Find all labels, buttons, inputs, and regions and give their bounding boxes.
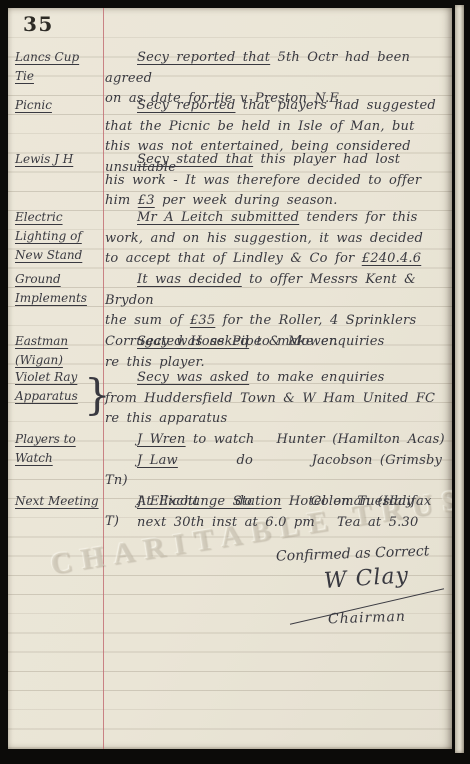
entry-line: At Exchange Station Hotel on Tuesday (105, 492, 450, 513)
minute-entry-eastman: Eastman (Wigan) Secy was asked to make e… (8, 332, 452, 373)
entry-body: At Exchange Station Hotel on Tuesday nex… (105, 492, 450, 533)
entry-body: Secy was asked to make enquiries re this… (105, 332, 450, 373)
ledger-page: 35 CHARITABLE TRUST CHARITABLE TRUST Lan… (8, 8, 452, 749)
entry-line: J Wren to watch Hunter (Hamilton Acas) (105, 430, 450, 451)
entry-line: J Law do Jacobson (Grimsby Tn) (105, 451, 450, 492)
entry-line: work, and on his suggestion, it was deci… (105, 229, 450, 250)
minute-entry-violet-ray: Violet Ray Apparatus } Secy was asked to… (8, 368, 452, 430)
page-number: 35 (23, 12, 54, 36)
entry-line: his work - It was therefore decided to o… (105, 171, 450, 192)
entry-body: Mr A Leitch submitted tenders for this w… (105, 208, 450, 270)
minute-entry-electric-lighting: Electric Lighting of New Stand Mr A Leit… (8, 208, 452, 270)
entry-line: Secy stated that this player had lost (105, 150, 450, 171)
confirmation-block: Confirmed as Correct W Clay Chairman (206, 546, 450, 646)
entry-line: from Huddersfield Town & W Ham United FC (105, 389, 450, 410)
entry-line: to accept that of Lindley & Co for £240.… (105, 249, 450, 270)
confirmation-text: Confirmed as Correct (276, 543, 430, 564)
entry-heading: Electric Lighting of New Stand (15, 208, 100, 265)
entry-heading: Eastman (Wigan) (15, 332, 100, 370)
chairman-label: Chairman (328, 609, 406, 628)
entry-body: Secy stated that this player had lost hi… (105, 150, 450, 212)
minute-entry-next-meeting: Next Meeting At Exchange Station Hotel o… (8, 492, 452, 533)
entry-heading: Ground Implements (15, 270, 100, 308)
entry-line: Secy was asked to make enquiries (105, 368, 450, 389)
entry-heading: Lewis J H (15, 150, 100, 169)
entry-line: Secy reported that 5th Octr had been agr… (105, 48, 450, 89)
next-page-edge (455, 5, 464, 753)
entry-line: re this apparatus (105, 409, 450, 430)
entry-line: next 30th inst at 6.0 pm Tea at 5.30 (105, 513, 450, 534)
entry-body: Secy was asked to make enquiries from Hu… (105, 368, 450, 430)
entry-heading: Next Meeting (15, 492, 100, 511)
entry-line: Secy reported that players had suggested (105, 96, 450, 117)
minute-entry-lewis-jh: Lewis J H Secy stated that this player h… (8, 150, 452, 212)
heading-brace: } (84, 374, 111, 416)
entry-heading: Picnic (15, 96, 100, 115)
entry-line: Secy was asked to make enquiries (105, 332, 450, 353)
entry-line: It was decided to offer Messrs Kent & Br… (105, 270, 450, 311)
entry-line: Mr A Leitch submitted tenders for this (105, 208, 450, 229)
entry-line: that the Picnic be held in Isle of Man, … (105, 117, 450, 138)
entry-line: the sum of £35 for the Roller, 4 Sprinkl… (105, 311, 450, 332)
chairman-signature: W Clay (323, 563, 410, 594)
entry-heading: Players to Watch (15, 430, 100, 468)
entry-heading: Lancs Cup Tie (15, 48, 100, 86)
